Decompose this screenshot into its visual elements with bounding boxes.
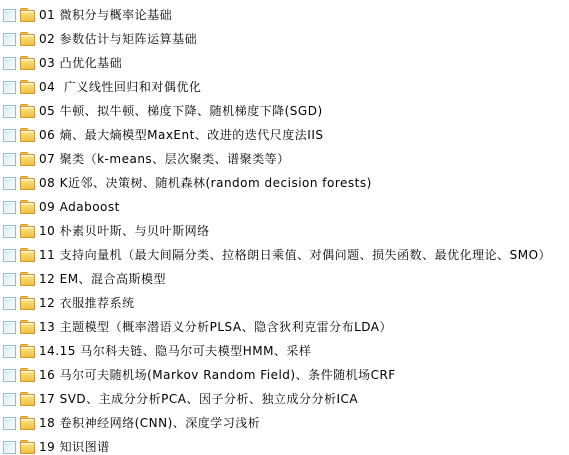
item-title: 熵、最大熵模型MaxEnt、改进的迭代尺度法IIS [60,128,324,142]
item-title: 支持向量机（最大间隔分类、拉格朗日乘值、对偶问题、损失函数、最优化理论、SMO） [60,248,551,262]
item-link[interactable]: 12 衣服推荐系统 [39,295,135,311]
item-title: 卷积神经网络(CNN)、深度学习浅析 [60,416,261,430]
list-item: 13 主题模型（概率潜语义分析PLSA、隐含狄利克雷分布LDA） [3,315,569,339]
row-checkbox[interactable] [3,33,16,46]
item-link[interactable]: 02 参数估计与矩阵运算基础 [39,31,197,47]
folder-icon[interactable] [20,79,36,95]
folder-icon[interactable] [20,31,36,47]
folder-icon[interactable] [20,343,36,359]
list-item: 06 熵、最大熵模型MaxEnt、改进的迭代尺度法IIS [3,123,569,147]
item-link[interactable]: 06 熵、最大熵模型MaxEnt、改进的迭代尺度法IIS [39,127,324,143]
item-number: 07 [39,152,55,166]
item-link[interactable]: 11 支持向量机（最大间隔分类、拉格朗日乘值、对偶问题、损失函数、最优化理论、S… [39,247,551,263]
item-link[interactable]: 09 Adaboost [39,199,120,215]
item-link[interactable]: 17 SVD、主成分分析PCA、因子分析、独立成分分析ICA [39,391,358,407]
folder-icon[interactable] [20,103,36,119]
row-checkbox[interactable] [3,225,16,238]
item-title: 衣服推荐系统 [60,296,135,310]
row-checkbox[interactable] [3,9,16,22]
row-checkbox[interactable] [3,129,16,142]
list-item: 12 衣服推荐系统 [3,291,569,315]
folder-icon[interactable] [20,7,36,23]
item-title: 参数估计与矩阵运算基础 [60,32,198,46]
item-link[interactable]: 03 凸优化基础 [39,55,122,71]
item-link[interactable]: 05 牛顿、拟牛顿、梯度下降、随机梯度下降(SGD) [39,103,323,119]
row-checkbox[interactable] [3,321,16,334]
item-number: 16 [39,368,55,382]
row-checkbox[interactable] [3,345,16,358]
row-checkbox[interactable] [3,273,16,286]
row-checkbox[interactable] [3,57,16,70]
item-title: SVD、主成分分析PCA、因子分析、独立成分分析ICA [60,392,359,406]
item-link[interactable]: 19 知识图谱 [39,439,110,455]
row-checkbox[interactable] [3,81,16,94]
item-title: Adaboost [60,200,120,214]
item-link[interactable]: 16 马尔可夫随机场(Markov Random Field)、条件随机场CRF [39,367,396,383]
item-title: 微积分与概率论基础 [60,8,173,22]
folder-icon[interactable] [20,391,36,407]
list-item: 01 微积分与概率论基础 [3,3,569,27]
item-title: 知识图谱 [60,440,110,454]
list-item: 19 知识图谱 [3,435,569,455]
row-checkbox[interactable] [3,249,16,262]
item-number: 18 [39,416,55,430]
folder-icon[interactable] [20,247,36,263]
item-number: 12 [39,296,55,310]
item-number: 17 [39,392,55,406]
row-checkbox[interactable] [3,153,16,166]
folder-icon[interactable] [20,367,36,383]
item-title: 主题模型（概率潜语义分析PLSA、隐含狄利克雷分布LDA） [60,320,392,334]
item-title: 广义线性回归和对偶优化 [60,80,202,94]
row-checkbox[interactable] [3,417,16,430]
row-checkbox[interactable] [3,369,16,382]
item-number: 06 [39,128,55,142]
item-link[interactable]: 01 微积分与概率论基础 [39,7,172,23]
item-title: K近邻、决策树、随机森林(random decision forests) [60,176,372,190]
list-item: 05 牛顿、拟牛顿、梯度下降、随机梯度下降(SGD) [3,99,569,123]
list-item: 14.15 马尔科夫链、隐马尔可夫模型HMM、采样 [3,339,569,363]
list-item: 08 K近邻、决策树、随机森林(random decision forests) [3,171,569,195]
folder-icon[interactable] [20,319,36,335]
item-number: 13 [39,320,55,334]
list-item: 10 朴素贝叶斯、与贝叶斯网络 [3,219,569,243]
item-title: 牛顿、拟牛顿、梯度下降、随机梯度下降(SGD) [60,104,323,118]
item-title: 凸优化基础 [60,56,123,70]
item-title: 马尔科夫链、隐马尔可夫模型HMM、采样 [80,344,311,358]
item-link[interactable]: 04 广义线性回归和对偶优化 [39,79,201,95]
folder-icon[interactable] [20,271,36,287]
item-number: 11 [39,248,55,262]
list-item: 12 EM、混合高斯模型 [3,267,569,291]
row-checkbox[interactable] [3,105,16,118]
row-checkbox[interactable] [3,441,16,454]
list-item: 07 聚类（k-means、层次聚类、谱聚类等） [3,147,569,171]
item-link[interactable]: 07 聚类（k-means、层次聚类、谱聚类等） [39,151,290,167]
item-number: 10 [39,224,55,238]
item-title: 马尔可夫随机场(Markov Random Field)、条件随机场CRF [60,368,396,382]
item-link[interactable]: 12 EM、混合高斯模型 [39,271,166,287]
row-checkbox[interactable] [3,177,16,190]
list-item: 11 支持向量机（最大间隔分类、拉格朗日乘值、对偶问题、损失函数、最优化理论、S… [3,243,569,267]
item-number: 03 [39,56,55,70]
folder-icon[interactable] [20,151,36,167]
list-item: 03 凸优化基础 [3,51,569,75]
item-number: 12 [39,272,55,286]
row-checkbox[interactable] [3,201,16,214]
item-title: 朴素贝叶斯、与贝叶斯网络 [60,224,210,238]
item-link[interactable]: 10 朴素贝叶斯、与贝叶斯网络 [39,223,210,239]
item-title: 聚类（k-means、层次聚类、谱聚类等） [60,152,290,166]
folder-list: 01 微积分与概率论基础 02 参数估计与矩阵运算基础 03 凸优化基础 04 … [0,0,569,455]
folder-icon[interactable] [20,415,36,431]
list-item: 16 马尔可夫随机场(Markov Random Field)、条件随机场CRF [3,363,569,387]
folder-icon[interactable] [20,127,36,143]
item-number: 01 [39,8,55,22]
item-number: 08 [39,176,55,190]
folder-icon[interactable] [20,55,36,71]
item-number: 09 [39,200,55,214]
list-item: 02 参数估计与矩阵运算基础 [3,27,569,51]
folder-icon[interactable] [20,175,36,191]
folder-icon[interactable] [20,439,36,455]
item-number: 19 [39,440,55,454]
folder-icon[interactable] [20,295,36,311]
item-number: 14.15 [39,344,76,358]
item-link[interactable]: 18 卷积神经网络(CNN)、深度学习浅析 [39,415,260,431]
folder-icon[interactable] [20,223,36,239]
item-number: 04 [39,80,55,94]
row-checkbox[interactable] [3,393,16,406]
item-link[interactable]: 14.15 马尔科夫链、隐马尔可夫模型HMM、采样 [39,343,311,359]
item-number: 05 [39,104,55,118]
list-item: 04 广义线性回归和对偶优化 [3,75,569,99]
folder-icon[interactable] [20,199,36,215]
row-checkbox[interactable] [3,297,16,310]
item-number: 02 [39,32,55,46]
item-link[interactable]: 08 K近邻、决策树、随机森林(random decision forests) [39,175,372,191]
list-item: 09 Adaboost [3,195,569,219]
list-item: 17 SVD、主成分分析PCA、因子分析、独立成分分析ICA [3,387,569,411]
item-title: EM、混合高斯模型 [60,272,166,286]
list-item: 18 卷积神经网络(CNN)、深度学习浅析 [3,411,569,435]
item-link[interactable]: 13 主题模型（概率潜语义分析PLSA、隐含狄利克雷分布LDA） [39,319,392,335]
